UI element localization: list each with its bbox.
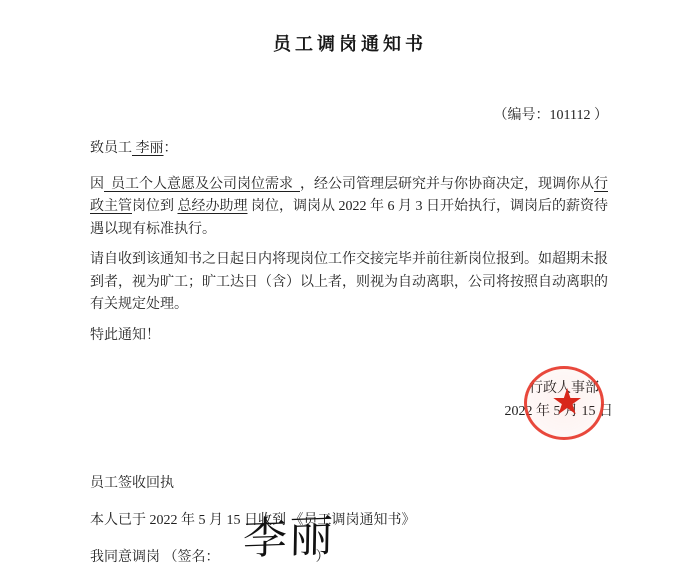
document-page: 员工调岗通知书 （编号：101112 ） 致员工 李丽： 因 员工个人意愿及公司…	[0, 0, 700, 576]
body-paragraph: 特此通知！	[90, 325, 616, 348]
document-title: 员工调岗通知书	[0, 30, 700, 56]
document-number-prefix: （编号：	[494, 108, 550, 123]
document-number-suffix: ）	[591, 108, 609, 123]
body-paragraph: 因 员工个人意愿及公司岗位需求 ，经公司管理层研究并与你协商决定，现调你从行政主…	[90, 174, 616, 242]
employee-name: 李丽	[132, 141, 164, 156]
paragraph-text: 因	[90, 177, 104, 192]
paragraph-text: ，经公司管理层研究并与你协商决定，现调你从	[300, 177, 594, 192]
paragraph-text: 特此通知！	[90, 328, 160, 343]
filled-blank-text: 总经办助理	[178, 199, 248, 214]
body-paragraph: 请自收到该通知书之日起日内将现岗位工作交接完毕并前往新岗位报到。如超期未报到者，…	[90, 249, 616, 317]
paragraph-text: 岗位到	[132, 199, 178, 214]
document-body: 致员工 李丽： 因 员工个人意愿及公司岗位需求 ，经公司管理层研究并与你协商决定…	[90, 138, 616, 355]
salutation-line: 致员工 李丽：	[90, 138, 616, 161]
handwritten-signature: 李丽	[243, 511, 336, 567]
salutation-prefix: 致员工	[90, 141, 132, 156]
salutation-suffix: ：	[164, 141, 178, 156]
body-paragraphs: 因 员工个人意愿及公司岗位需求 ，经公司管理层研究并与你协商决定，现调你从行政主…	[90, 174, 616, 348]
paragraph-text: 请自收到该通知书之日起日内将现岗位工作交接完毕并前往新岗位报到。如超期未报到者，…	[90, 252, 608, 312]
consent-prefix: 我同意调岗 （签名：	[90, 550, 220, 565]
filled-blank-text: 员工个人意愿及公司岗位需求	[104, 177, 300, 192]
document-number-value: 101112	[550, 108, 591, 123]
document-number: （编号：101112 ）	[494, 104, 608, 124]
receipt-heading: 员工签收回执	[90, 472, 174, 492]
star-icon: ★	[551, 385, 583, 421]
